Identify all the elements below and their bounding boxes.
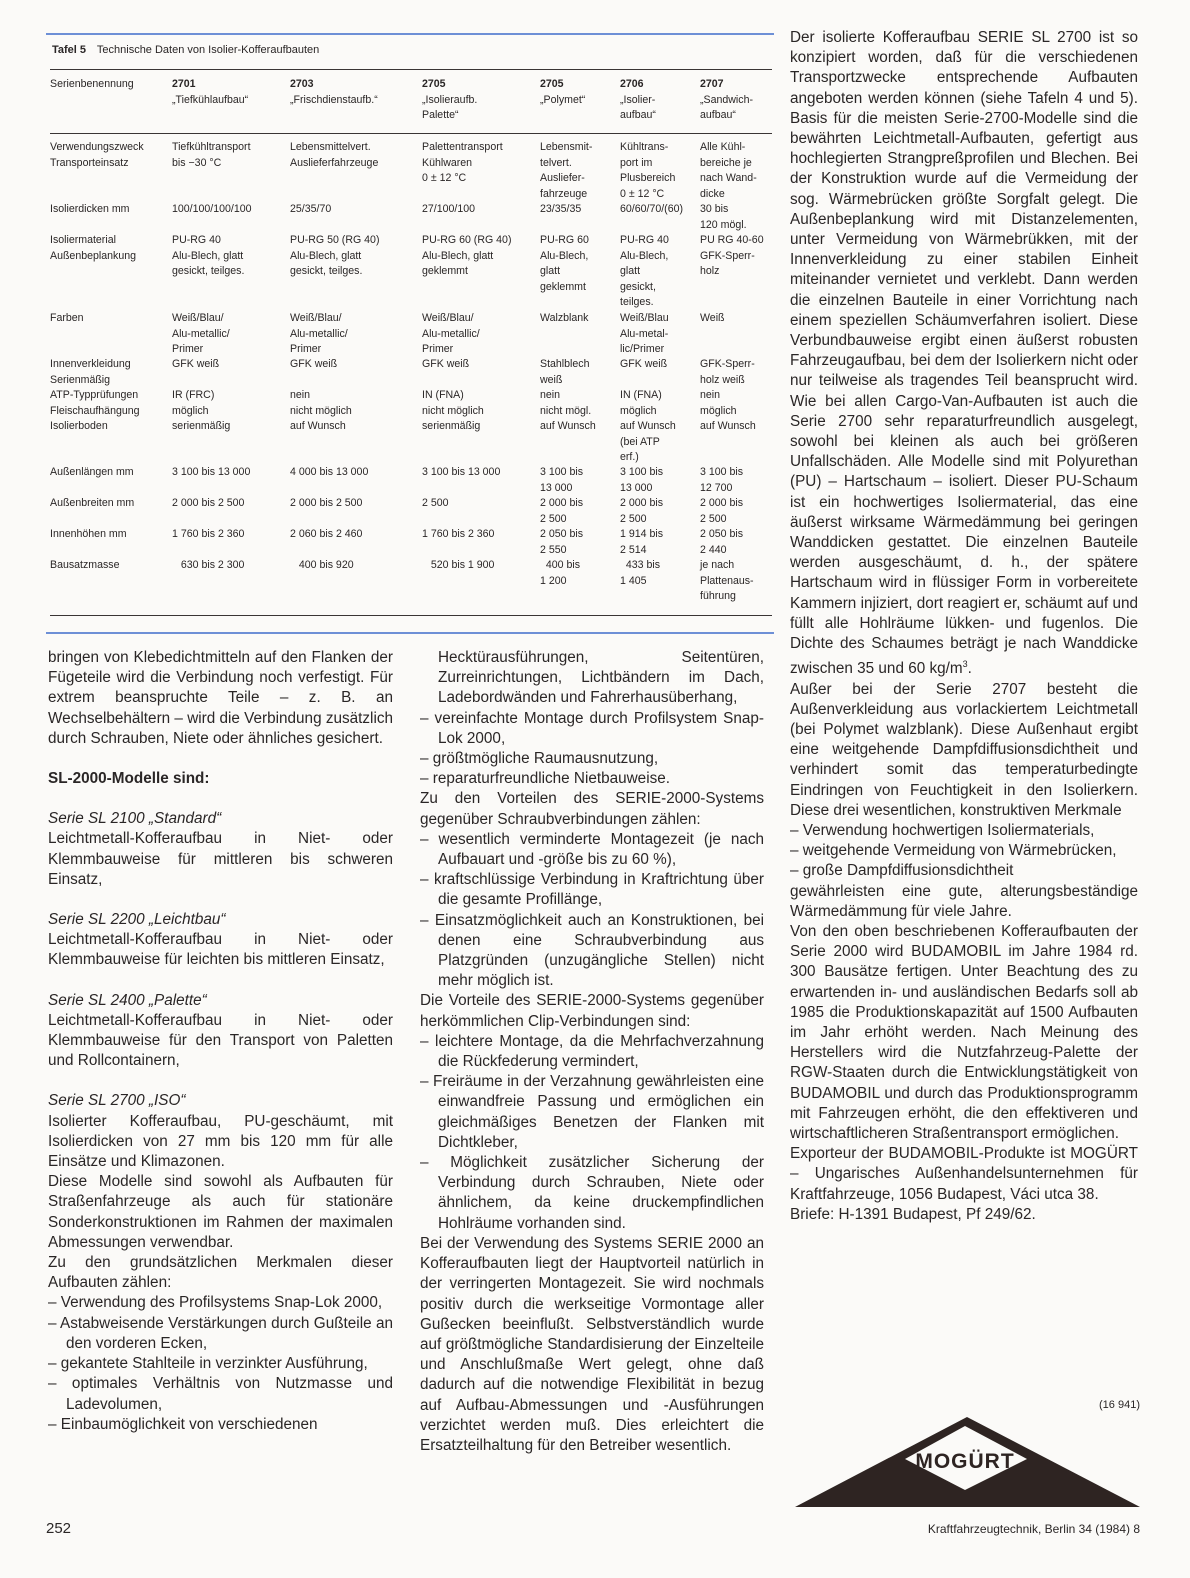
header-label: Serienbenennung (50, 77, 134, 93)
paragraph: Die Vorteile des SERIE-2000-Systems gege… (420, 991, 764, 1031)
model-description: Leichtmetall-Kofferaufbau in Niet- oder … (48, 829, 393, 890)
paragraph: Zu den grundsätzlichen Merkmalen dieser … (48, 1253, 393, 1293)
list-item: – große Dampfdiffusionsdichtheit (790, 861, 1138, 881)
list-item: – optimales Verhältnis von Nutzmasse und… (48, 1374, 393, 1414)
list-item: – Einbaumöglichkeit von verschiedenen (48, 1415, 393, 1435)
list-item: – größtmögliche Raumausnutzung, (420, 749, 764, 769)
model-title: Serie SL 2100 „Standard“ (48, 809, 393, 829)
table-cell: 1 760 bis 2 360 (172, 527, 244, 543)
table-cell: Weiß/Blau/ Alu-metallic/ Primer (290, 311, 348, 358)
paragraph: bringen von Klebedichtmitteln auf den Fl… (48, 648, 393, 749)
table-cell: 520 bis 1 900 (422, 558, 494, 574)
column-header: 2705„Polymet“ (540, 77, 585, 108)
table-caption-title: Technische Daten von Isolier-Kofferaufba… (97, 44, 319, 56)
list-item: – Verwendung hochwertigen Isoliermateria… (790, 821, 1138, 841)
series-number: 2705 (540, 78, 564, 90)
table-cell: IR (FRC) möglich serienmäßig (172, 388, 230, 435)
paragraph: Zu den Vorteilen des SERIE-2000-Systems … (420, 789, 764, 829)
right-column: Der isolierte Kofferaufbau SERIE SL 2700… (790, 28, 1138, 1225)
table-cell: 630 bis 2 300 (172, 558, 244, 574)
list-item: – Astabweisende Verstärkungen durch Gußt… (48, 1314, 393, 1354)
table-cell: Weiß (700, 311, 725, 327)
table-caption-number: Tafel 5 (52, 44, 86, 56)
table-cell: PU-RG 40 Alu-Blech, glatt gesickt, teilg… (620, 233, 669, 311)
table-cell: PU-RG 40 Alu-Blech, glatt gesickt, teilg… (172, 233, 244, 280)
list-item: – gekantete Stahlteile in verzinkter Aus… (48, 1354, 393, 1374)
column-header: 2701„Tiefkühlaufbau“ (172, 77, 248, 108)
table-cell: GFK weiß (290, 357, 337, 373)
list-item: Hecktürausführungen, Seitentüren, Zurrei… (420, 648, 764, 709)
paragraph: Der isolierte Kofferaufbau SERIE SL 2700… (790, 28, 1138, 680)
row-label: Verwendungszweck Transporteinsatz (50, 140, 144, 171)
column-header: 2705„Isolieraufb. Palette“ (422, 77, 477, 124)
column-header: 2703„Frischdienstaufb.“ (290, 77, 378, 108)
table-cell: 3 100 bis 13 000 (540, 465, 583, 496)
series-name: „Frischdienstaufb.“ (290, 94, 378, 106)
list-item: – wesentlich verminderte Montagezeit (je… (420, 830, 764, 870)
row-label: Innenhöhen mm (50, 527, 127, 543)
top-blue-rule (46, 33, 774, 35)
table-cell: Lebensmittelvert. Auslieferfahrzeuge (290, 140, 378, 171)
table-cell: 1 914 bis 2 514 (620, 527, 663, 558)
table-cell: 30 bis 120 mögl. (700, 202, 747, 233)
paragraph: Diese Modelle sind sowohl als Aufbauten … (48, 1172, 393, 1253)
table-cell: 2 000 bis 2 500 (290, 496, 362, 512)
row-label: Außenlängen mm (50, 465, 134, 481)
column-header: 2706„Isolier- aufbau“ (620, 77, 656, 124)
table-cell: je nach Plattenaus- führung (700, 558, 754, 605)
model-description: Isolierter Kofferaufbau, PU-geschäumt, m… (48, 1112, 393, 1173)
series-name: „Sandwich- aufbau“ (700, 94, 753, 122)
table-cell: 4 000 bis 13 000 (290, 465, 368, 481)
model-description: Leichtmetall-Kofferaufbau in Niet- oder … (48, 930, 393, 970)
model-description: Leichtmetall-Kofferaufbau in Niet- oder … (48, 1011, 393, 1072)
paragraph: Von den oben beschriebenen Kofferaufbaut… (790, 922, 1138, 1144)
table-cell: Alle Kühl- bereiche je nach Wand- dicke (700, 140, 757, 202)
mogurt-logo: MOGÜRT (795, 1417, 1145, 1517)
row-label: Innenverkleidung Serienmäßig (50, 357, 131, 388)
list-item: – kraftschlüssige Verbindung in Kraftric… (420, 870, 764, 910)
table-cell: 3 100 bis 13 000 (620, 465, 663, 496)
table-cell: PU-RG 50 (RG 40) Alu-Blech, glatt gesick… (290, 233, 379, 280)
series-number: 2707 (700, 78, 724, 90)
model-title: Serie SL 2400 „Palette“ (48, 991, 393, 1011)
table-cell: 23/35/35 (540, 202, 581, 218)
article-code: (16 941) (1099, 1399, 1140, 1411)
table-cell: Kühltrans- port im Plusbereich 0 ± 12 °C (620, 140, 675, 202)
table-cell: 3 100 bis 13 000 (422, 465, 500, 481)
row-label: Außenbreiten mm (50, 496, 134, 512)
column-header: 2707„Sandwich- aufbau“ (700, 77, 753, 124)
table-cell: nein nicht möglich auf Wunsch (290, 388, 352, 435)
paragraph: Briefe: H-1391 Budapest, Pf 249/62. (790, 1205, 1138, 1225)
table-cell: 2 000 bis 2 500 (172, 496, 244, 512)
left-column: bringen von Klebedichtmitteln auf den Fl… (48, 648, 393, 1435)
model-title: Serie SL 2700 „ISO“ (48, 1091, 393, 1111)
table-cell: 1 760 bis 2 360 (422, 527, 494, 543)
list-item: – weitgehende Vermeidung von Wärmebrücke… (790, 841, 1138, 861)
table-cell: GFK-Sperr- holz weiß (700, 357, 755, 388)
table-cell: 27/100/100 (422, 202, 475, 218)
table-cell: IN (FNA) möglich auf Wunsch (bei ATP erf… (620, 388, 676, 466)
middle-column: Hecktürausführungen, Seitentüren, Zurrei… (420, 648, 764, 1456)
series-number: 2703 (290, 78, 314, 90)
list-item: – leichtere Montage, da die Mehrfachverz… (420, 1032, 764, 1072)
series-number: 2706 (620, 78, 644, 90)
row-label: Isolierdicken mm (50, 202, 129, 218)
table-cell: 2 050 bis 2 440 (700, 527, 743, 558)
series-name: „Isolieraufb. Palette“ (422, 94, 477, 122)
table-rule-top (50, 69, 772, 70)
list-item: – Möglichkeit zusätzlicher Sicherung der… (420, 1153, 764, 1234)
table-cell: GFK weiß (620, 357, 667, 373)
table-cell: Tiefkühltransport bis −30 °C (172, 140, 251, 171)
row-label: Bausatzmasse (50, 558, 119, 574)
table-cell: Palettentransport Kühlwaren 0 ± 12 °C (422, 140, 503, 187)
series-name: „Polymet“ (540, 94, 585, 106)
paragraph: gewährleisten eine gute, alterungsbestän… (790, 882, 1138, 922)
table-cell: 2 000 bis 2 500 (700, 496, 743, 527)
table-cell: 2 000 bis 2 500 (620, 496, 663, 527)
mogurt-logo-icon: MOGÜRT (795, 1417, 1145, 1512)
list-item: – reparaturfreundliche Nietbauweise. (420, 769, 764, 789)
table-cell: Weiß/Blau/ Alu-metallic/ Primer (422, 311, 480, 358)
series-number: 2705 (422, 78, 446, 90)
table-cell: nein nicht mögl. auf Wunsch (540, 388, 596, 435)
paragraph: Bei der Verwendung des Systems SERIE 200… (420, 1234, 764, 1456)
table-cell: IN (FNA) nicht möglich serienmäßig (422, 388, 484, 435)
table-rule-bottom (50, 615, 772, 616)
paragraph: Außer bei der Serie 2707 besteht die Auß… (790, 680, 1138, 821)
table-cell: nein möglich auf Wunsch (700, 388, 756, 435)
model-title: Serie SL 2200 „Leichtbau“ (48, 910, 393, 930)
table-cell: GFK weiß (172, 357, 219, 373)
list-item: – Verwendung des Profilsystems Snap-Lok … (48, 1293, 393, 1313)
table-cell: 2 500 (422, 496, 449, 512)
table-cell: 433 bis 1 405 (620, 558, 660, 589)
table-cell: Weiß/Blau/ Alu-metallic/ Primer (172, 311, 230, 358)
table-cell: 100/100/100/100 (172, 202, 252, 218)
table-cell: 400 bis 920 (290, 558, 354, 574)
journal-citation: Kraftfahrzeugtechnik, Berlin 34 (1984) 8 (928, 1522, 1140, 1536)
list-item: – vereinfachte Montage durch Profilsyste… (420, 709, 764, 749)
table-cell: 25/35/70 (290, 202, 331, 218)
row-label: Isoliermaterial Außenbeplankung (50, 233, 136, 264)
series-number: 2701 (172, 78, 196, 90)
table-cell: Stahlblech weiß (540, 357, 589, 388)
table-cell: 400 bis 1 200 (540, 558, 580, 589)
table-cell: 60/60/70/(60) (620, 202, 683, 218)
table-cell: PU RG 40-60 GFK-Sperr- holz (700, 233, 764, 280)
table-cell: Weiß/Blau Alu-metal- lic/Primer (620, 311, 669, 358)
series-name: „Isolier- aufbau“ (620, 94, 656, 122)
row-label: Farben (50, 311, 84, 327)
table-cell: 3 100 bis 13 000 (172, 465, 250, 481)
paragraph: Exporteur der BUDAMOBIL-Produkte ist MOG… (790, 1144, 1138, 1205)
bottom-blue-rule (46, 632, 774, 634)
list-item: – Freiräume in der Verzahnung gewährleis… (420, 1072, 764, 1153)
series-name: „Tiefkühlaufbau“ (172, 94, 248, 106)
list-item: – Einsatzmöglichkeit auch an Konstruktio… (420, 911, 764, 992)
table-cell: 3 100 bis 12 700 (700, 465, 743, 496)
table-caption: Tafel 5 Technische Daten von Isolier-Kof… (52, 44, 319, 56)
table-cell: 2 050 bis 2 550 (540, 527, 583, 558)
table-cell: PU-RG 60 (RG 40) Alu-Blech, glatt geklem… (422, 233, 511, 280)
table-cell: 2 060 bis 2 460 (290, 527, 362, 543)
table-cell: 2 000 bis 2 500 (540, 496, 583, 527)
table-cell: PU-RG 60 Alu-Blech, glatt geklemmt (540, 233, 589, 295)
table-cell: GFK weiß (422, 357, 469, 373)
table-cell: Lebensmit- telvert. Ausliefer- fahrzeuge (540, 140, 592, 202)
svg-text:MOGÜRT: MOGÜRT (915, 1450, 1014, 1473)
table-rule-header (50, 133, 772, 134)
page-number: 252 (46, 1520, 71, 1537)
table-cell: Walzblank (540, 311, 588, 327)
section-heading: SL-2000-Modelle sind: (48, 769, 393, 789)
row-label: ATP-Typprüfungen Fleischaufhängung Isoli… (50, 388, 140, 435)
